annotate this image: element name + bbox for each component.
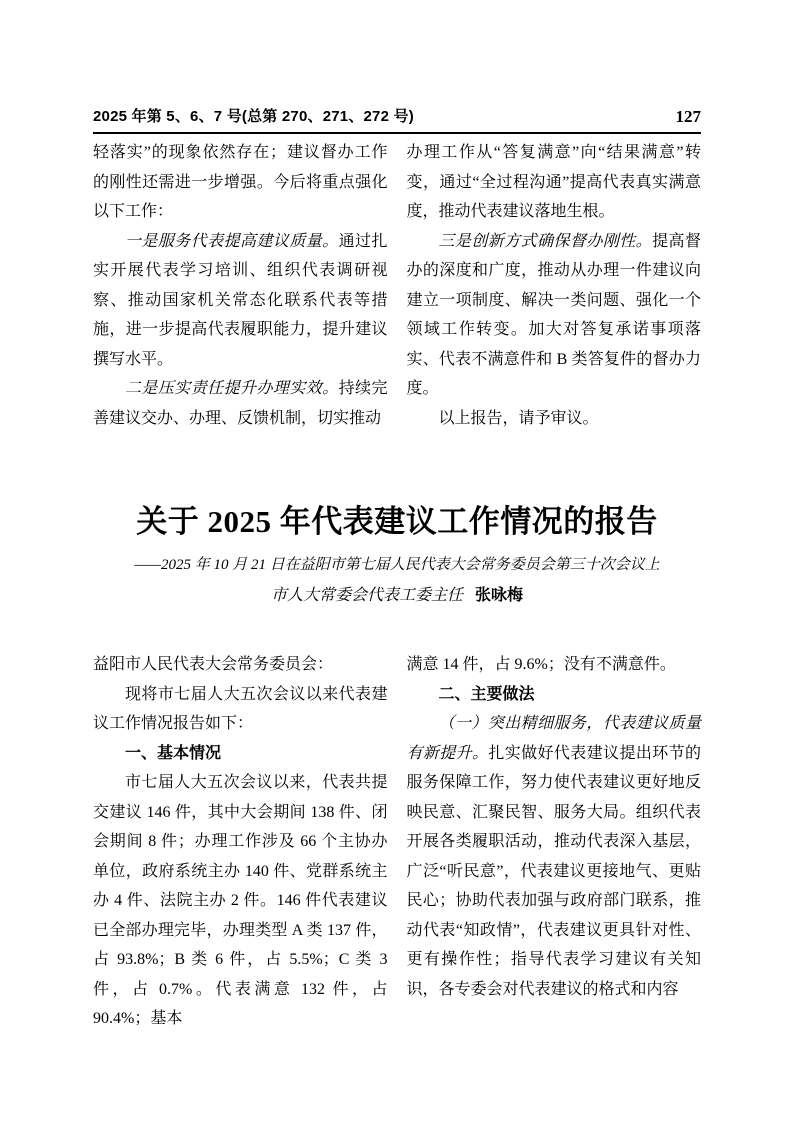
report-title: 关于 2025 年代表建议工作情况的报告 <box>93 501 701 543</box>
text-segment: 办理工作从“答复满意”向“结果满意”转变，通过“全过程沟通”提高代表真实满意度，… <box>407 144 702 220</box>
paragraph: 现将市七届人大五次会议以来代表建议工作情况报告如下： <box>93 680 388 739</box>
text-segment: 现将市七届人大五次会议以来代表建议工作情况报告如下： <box>93 686 388 733</box>
top-right-column: 办理工作从“答复满意”向“结果满意”转变，通过“全过程沟通”提高代表真实满意度，… <box>407 138 702 433</box>
paragraph: 轻落实”的现象依然存在；建议督办工作的刚性还需进一步增强。今后将重点强化以下工作… <box>93 138 388 227</box>
document-page: { "theme": { "background": "#ffffff", "t… <box>0 0 794 1122</box>
text-segment: 一是服务代表提高建议质量。 <box>125 233 339 250</box>
main-left-column: 益阳市人民代表大会常务委员会：现将市七届人大五次会议以来代表建议工作情况报告如下… <box>93 650 388 1034</box>
page-number: 127 <box>676 106 702 128</box>
top-left-column: 轻落实”的现象依然存在；建议督办工作的刚性还需进一步增强。今后将重点强化以下工作… <box>93 138 388 433</box>
section-heading: 二、主要做法 <box>407 680 702 710</box>
paragraph: 以上报告，请予审议。 <box>407 404 702 434</box>
text-segment: 二是压实责任提升办理实效。 <box>125 380 339 397</box>
issue-info: 2025 年第 5、6、7 号(总第 270、271、272 号) <box>93 106 414 128</box>
text-segment: 三是创新方式确保督办刚性。 <box>439 233 653 250</box>
paragraph: 二是压实责任提升办理实效。持续完善建议交办、办理、反馈机制，切实推动 <box>93 374 388 433</box>
section-heading: 一、基本情况 <box>93 739 388 769</box>
paragraph: 办理工作从“答复满意”向“结果满意”转变，通过“全过程沟通”提高代表真实满意度，… <box>407 138 702 227</box>
text-segment: 以上报告，请予审议。 <box>439 410 599 427</box>
paragraph: 益阳市人民代表大会常务委员会： <box>93 650 388 680</box>
main-section: 益阳市人民代表大会常务委员会：现将市七届人大五次会议以来代表建议工作情况报告如下… <box>93 650 701 1034</box>
text-segment: 轻落实”的现象依然存在；建议督办工作的刚性还需进一步增强。今后将重点强化以下工作… <box>93 144 388 220</box>
main-right-column: 满意 14 件，占 9.6%；没有不满意件。二、主要做法（一）突出精细服务，代表… <box>407 650 702 1034</box>
report-subtitle: ——2025 年 10 月 21 日在益阳市第七届人民代表大会常务委员会第三十次… <box>93 553 701 577</box>
title-block: 关于 2025 年代表建议工作情况的报告 ——2025 年 10 月 21 日在… <box>93 501 701 608</box>
paragraph: 三是创新方式确保督办刚性。提高督办的深度和广度，推动从办理一件建议向建立一项制度… <box>407 227 702 404</box>
text-segment: 一、基本情况 <box>125 745 221 762</box>
page-header: 2025 年第 5、6、7 号(总第 270、271、272 号) 127 <box>93 106 701 134</box>
paragraph: （一）突出精细服务，代表建议质量有新提升。扎实做好代表建议提出环节的服务保障工作… <box>407 709 702 1004</box>
text-segment: 提高督办的深度和广度，推动从办理一件建议向建立一项制度、解决一类问题、强化一个领… <box>407 233 702 398</box>
paragraph: 一是服务代表提高建议质量。通过扎实开展代表学习培训、组织代表调研视察、推动国家机… <box>93 227 388 375</box>
text-segment: 益阳市人民代表大会常务委员会： <box>93 656 333 673</box>
top-section: 轻落实”的现象依然存在；建议督办工作的刚性还需进一步增强。今后将重点强化以下工作… <box>93 138 701 433</box>
text-segment: 满意 14 件，占 9.6%；没有不满意件。 <box>407 656 676 673</box>
page-content: 2025 年第 5、6、7 号(总第 270、271、272 号) 127 轻落… <box>93 0 701 1034</box>
author-name: 张咏梅 <box>475 587 523 604</box>
author-line: 市人大常委会代表工委主任张咏梅 <box>93 584 701 608</box>
text-segment: 通过扎实开展代表学习培训、组织代表调研视察、推动国家机关常态化联系代表等措施，进… <box>93 233 388 368</box>
journal-page: 2025 年第 5、6、7 号(总第 270、271、272 号) 127 轻落… <box>0 0 794 1122</box>
author-role: 市人大常委会代表工委主任 <box>271 587 463 604</box>
text-segment: 扎实做好代表建议提出环节的服务保障工作，努力使代表建议更好地反映民意、汇聚民智、… <box>407 745 702 998</box>
text-segment: 市七届人大五次会议以来，代表共提交建议 146 件，其中大会期间 138 件、闭… <box>93 774 388 1027</box>
paragraph: 市七届人大五次会议以来，代表共提交建议 146 件，其中大会期间 138 件、闭… <box>93 768 388 1034</box>
paragraph: 满意 14 件，占 9.6%；没有不满意件。 <box>407 650 702 680</box>
text-segment: 二、主要做法 <box>439 686 535 703</box>
